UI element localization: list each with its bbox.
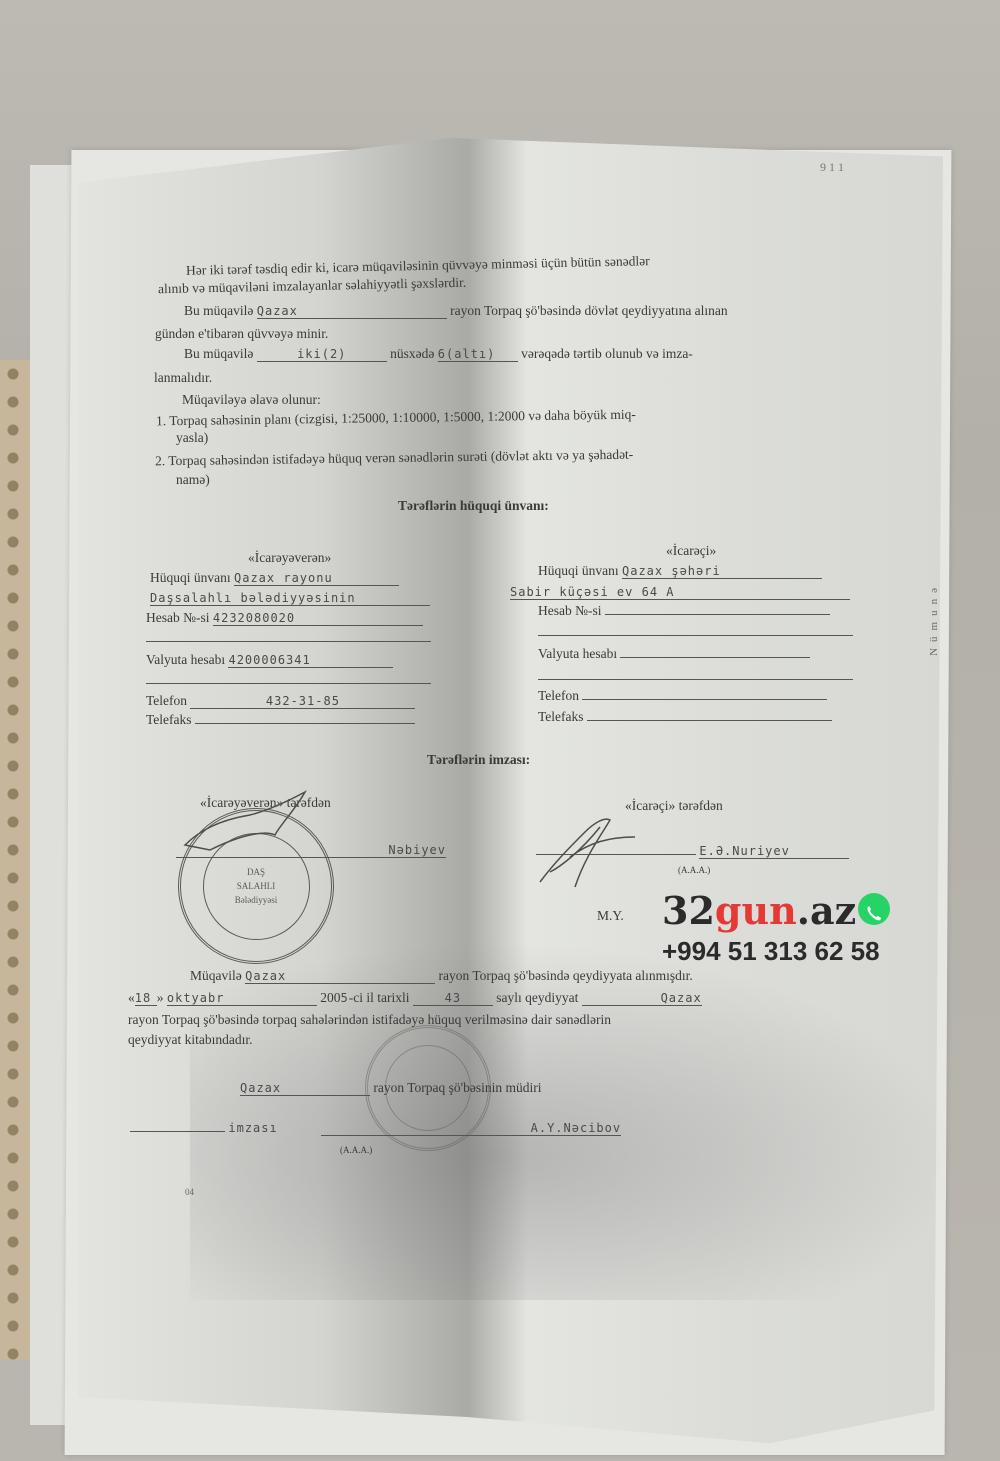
stamp-line-1: DAŞ xyxy=(247,867,265,877)
lessee-address-hand-1: Qazax şəhəri xyxy=(622,564,822,579)
head-district-hand: Qazax xyxy=(240,1081,370,1096)
lessor-phone-row: Telefon 432-31-85 xyxy=(146,693,415,709)
lessor-phone-label: Telefon xyxy=(146,693,187,708)
site-watermark: 32gun.az +994 51 313 62 58 xyxy=(662,888,922,967)
registration-district-hand: Qazax xyxy=(245,969,435,984)
intro-line-5-mid: nüsxədə xyxy=(390,346,434,361)
registration-year: 200 xyxy=(320,990,340,1005)
lessor-address-row: Hüquqi ünvanı Qazax rayonu xyxy=(150,570,399,586)
stamp-line-3: Bələdiyyəsi xyxy=(235,895,278,905)
head-sign-caption: (A.A.A.) xyxy=(340,1145,372,1155)
intro-line-4: gündən e'tibarən qüvvəyə minir. xyxy=(155,326,328,342)
registration-number-label: saylı qeydiyyat xyxy=(496,990,578,1005)
brand-part-2: .az xyxy=(797,888,856,933)
lessor-fax-label: Telefaks xyxy=(146,712,192,727)
lessee-address-row: Hüquqi ünvanı Qazax şəhəri xyxy=(538,563,822,579)
lessee-fax-label: Telefaks xyxy=(538,709,584,724)
registration-line-1: Müqavilə Qazax rayon Torpaq şö'bəsində q… xyxy=(190,968,693,984)
registration-month-hand: oktyabr xyxy=(167,991,317,1006)
lessor-currency-label: Valyuta hesabı xyxy=(146,652,225,667)
lessor-address-hand-1: Qazax rayonu xyxy=(234,571,399,586)
intro-line-5: Bu müqavilə iki(2) nüsxədə 6(altı) vərəq… xyxy=(184,346,693,362)
registration-year-suffix: -ci il tarixli xyxy=(349,990,410,1005)
lessee-sign-name: E.Ə.Nuriyev xyxy=(699,844,849,859)
lessor-signature-scribble xyxy=(180,790,330,860)
head-name-hand: A.Y.Nəcibov xyxy=(321,1121,621,1136)
lessor-account-row: Hesab №-si 4232080020 xyxy=(146,610,423,626)
attachment-2-cont: namə) xyxy=(176,472,210,488)
lessor-account-label: Hesab №-si xyxy=(146,610,210,625)
lessee-sign-caption: (A.A.A.) xyxy=(678,865,710,875)
registration-year-hand: 5 xyxy=(341,991,349,1005)
stamp-line-2: SALAHLI xyxy=(237,881,276,891)
brand-part-red: gun xyxy=(715,888,797,933)
lessee-currency-row: Valyuta hesabı xyxy=(538,646,810,662)
head-sign-row: imzası A.Y.Nəcibov xyxy=(130,1120,621,1136)
lessee-fax-row: Telefaks xyxy=(538,709,832,725)
registration-day-hand: 18 xyxy=(135,991,157,1006)
registration-line-4: qeydiyyat kitabındadır. xyxy=(128,1032,252,1048)
page-corner-mark: 9 1 1 xyxy=(820,160,844,175)
registration-district-hand-2: Qazax xyxy=(582,991,702,1006)
side-label: Nümunə xyxy=(928,582,944,656)
whatsapp-icon xyxy=(858,893,890,925)
watermark-brand: 32gun.az xyxy=(662,888,922,934)
lessee-signature-scribble xyxy=(530,812,650,892)
handwritten-district: Qazax xyxy=(257,304,447,319)
head-title: rayon Torpaq şö'bəsinin müdiri xyxy=(373,1080,541,1095)
lessee-account-label: Hesab №-si xyxy=(538,603,602,618)
intro-line-3-prefix: Bu müqavilə xyxy=(184,303,253,318)
lessor-fax-row: Telefaks xyxy=(146,712,415,728)
lessee-blank-line-1 xyxy=(538,624,853,640)
lessee-address-hand-2: Sabir küçəsi ev 64 A xyxy=(510,585,850,600)
registration-prefix: Müqavilə xyxy=(190,968,242,983)
intro-line-5-prefix: Bu müqavilə xyxy=(184,346,253,361)
lessor-currency-row: Valyuta hesabı 4200006341 xyxy=(146,652,393,668)
lessor-address-row-2: Daşsalahlı bələdiyyəsinin xyxy=(150,590,430,606)
brand-part-1: 32 xyxy=(662,888,715,933)
registration-line-2: «18» oktyabr 2005-ci il tarixli 43 saylı… xyxy=(128,990,702,1006)
signatures-title: Tərəflərin imzası: xyxy=(427,752,530,768)
intro-line-3-suffix: rayon Torpaq şö'bəsində dövlət qeydiyyat… xyxy=(450,303,728,318)
lessor-phone-hand: 432-31-85 xyxy=(190,694,415,709)
intro-line-5-suffix: vərəqədə tərtib olunub və imza- xyxy=(521,346,693,361)
lessor-heading: «İcarəyəverən» xyxy=(248,550,331,566)
lessor-address-label: Hüquqi ünvanı xyxy=(150,570,231,585)
footer-mark: 04 xyxy=(185,1187,194,1197)
handwritten-pages: 6(altı) xyxy=(438,347,518,362)
attachment-1-cont: yasla) xyxy=(176,430,208,446)
lessor-blank-line-2 xyxy=(146,672,431,688)
registration-number-hand: 43 xyxy=(413,991,493,1006)
lessee-phone-row: Telefon xyxy=(538,688,827,704)
lessee-address-row-2: Sabir küçəsi ev 64 A xyxy=(510,584,850,600)
lessee-address-label: Hüquqi ünvanı xyxy=(538,563,619,578)
intro-line-3: Bu müqavilə Qazax rayon Torpaq şö'bəsind… xyxy=(184,303,728,319)
lessor-address-hand-2: Daşsalahlı bələdiyyəsinin xyxy=(150,591,430,606)
lessee-account-row: Hesab №-si xyxy=(538,603,830,619)
registration-suffix: rayon Torpaq şö'bəsində qeydiyyata alınm… xyxy=(439,968,693,983)
registration-line-3: rayon Torpaq şö'bəsində torpaq sahələrin… xyxy=(128,1012,611,1028)
intro-line-6: lanmalıdır. xyxy=(154,370,212,386)
watermark-phone: +994 51 313 62 58 xyxy=(662,936,922,967)
addresses-title: Tərəflərin hüquqi ünvanı: xyxy=(398,498,549,514)
lessee-phone-label: Telefon xyxy=(538,688,579,703)
attachments-title: Müqaviləyə əlavə olunur: xyxy=(182,392,321,408)
lessee-currency-label: Valyuta hesabı xyxy=(538,646,617,661)
lessee-blank-line-2 xyxy=(538,668,853,684)
lessor-currency-hand: 4200006341 xyxy=(228,653,393,668)
lessee-heading: «İcarəçi» xyxy=(666,543,716,559)
lessor-account-hand: 4232080020 xyxy=(213,611,423,626)
seal-label: M.Y. xyxy=(597,908,624,924)
head-title-row: Qazax rayon Torpaq şö'bəsinin müdiri xyxy=(240,1080,541,1096)
handwritten-copies: iki(2) xyxy=(257,347,387,362)
lessor-blank-line-1 xyxy=(146,630,431,646)
head-sign-prefix: imzası xyxy=(228,1121,277,1135)
